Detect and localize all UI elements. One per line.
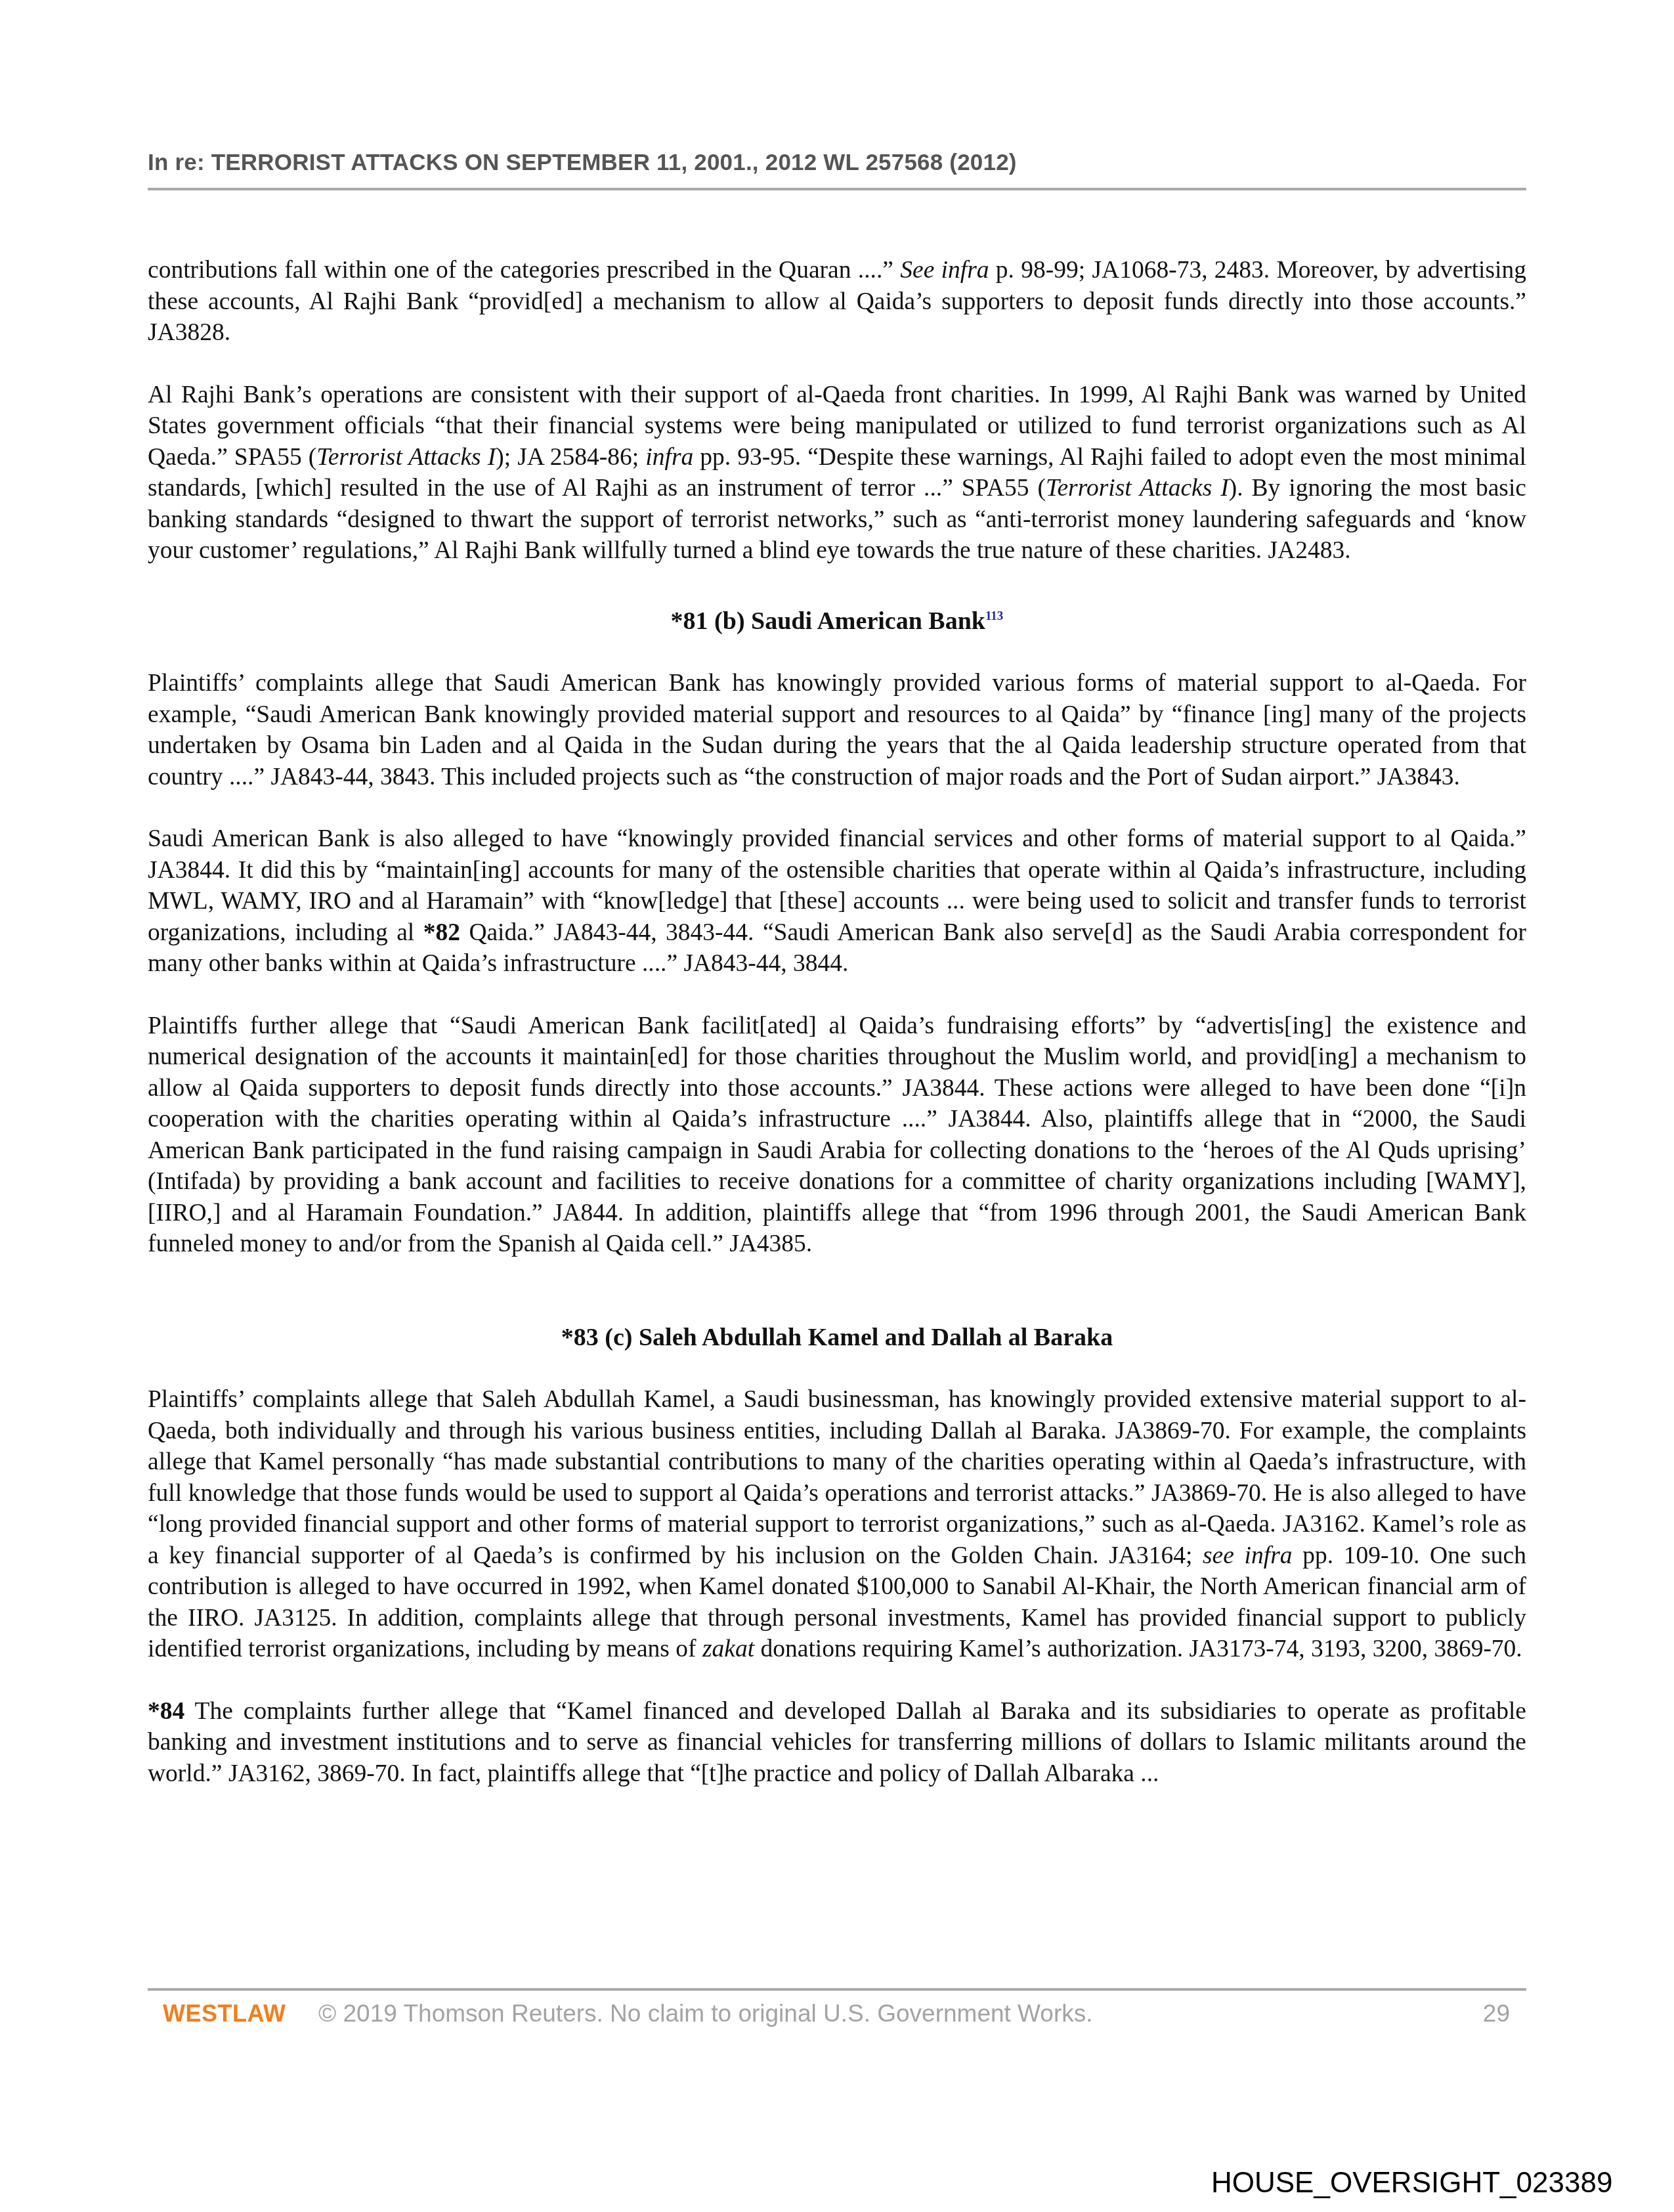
paragraph-saudi-american-bank-1: Plaintiffs’ complaints allege that Saudi…	[148, 668, 1526, 792]
document-body: contributions fall within one of the cat…	[148, 255, 1526, 1820]
header-divider	[148, 188, 1526, 190]
paragraph-al-rajhi-operations: Al Rajhi Bank’s operations are consisten…	[148, 380, 1526, 567]
page-number: 29	[1470, 2000, 1510, 2028]
section-heading-saudi-american-bank: *81 (b) Saudi American Bank113	[148, 606, 1526, 638]
paragraph-al-rajhi-continued: contributions fall within one of the cat…	[148, 255, 1526, 349]
star-page-marker: *82	[423, 919, 460, 946]
paragraph-saudi-american-bank-2: Saudi American Bank is also alleged to h…	[148, 823, 1526, 980]
document-title: In re: TERRORIST ATTACKS ON SEPTEMBER 11…	[148, 150, 1526, 176]
section-heading-kamel-dallah: *83 (c) Saleh Abdullah Kamel and Dallah …	[148, 1322, 1526, 1354]
paragraph-kamel-2: *84 The complaints further allege that “…	[148, 1696, 1526, 1790]
paragraph-saudi-american-bank-3: Plaintiffs further allege that “Saudi Am…	[148, 1010, 1526, 1260]
bates-stamp: HOUSE_OVERSIGHT_023389	[1211, 2167, 1612, 2200]
footer-divider	[148, 1988, 1526, 1991]
star-page-marker: *84	[148, 1698, 184, 1725]
copyright-notice: © 2019 Thomson Reuters. No claim to orig…	[318, 2000, 1093, 2028]
paragraph-kamel-1: Plaintiffs’ complaints allege that Saleh…	[148, 1384, 1526, 1665]
westlaw-logo: WESTLAW	[163, 2000, 286, 2028]
footnote-link[interactable]: 113	[985, 609, 1003, 623]
